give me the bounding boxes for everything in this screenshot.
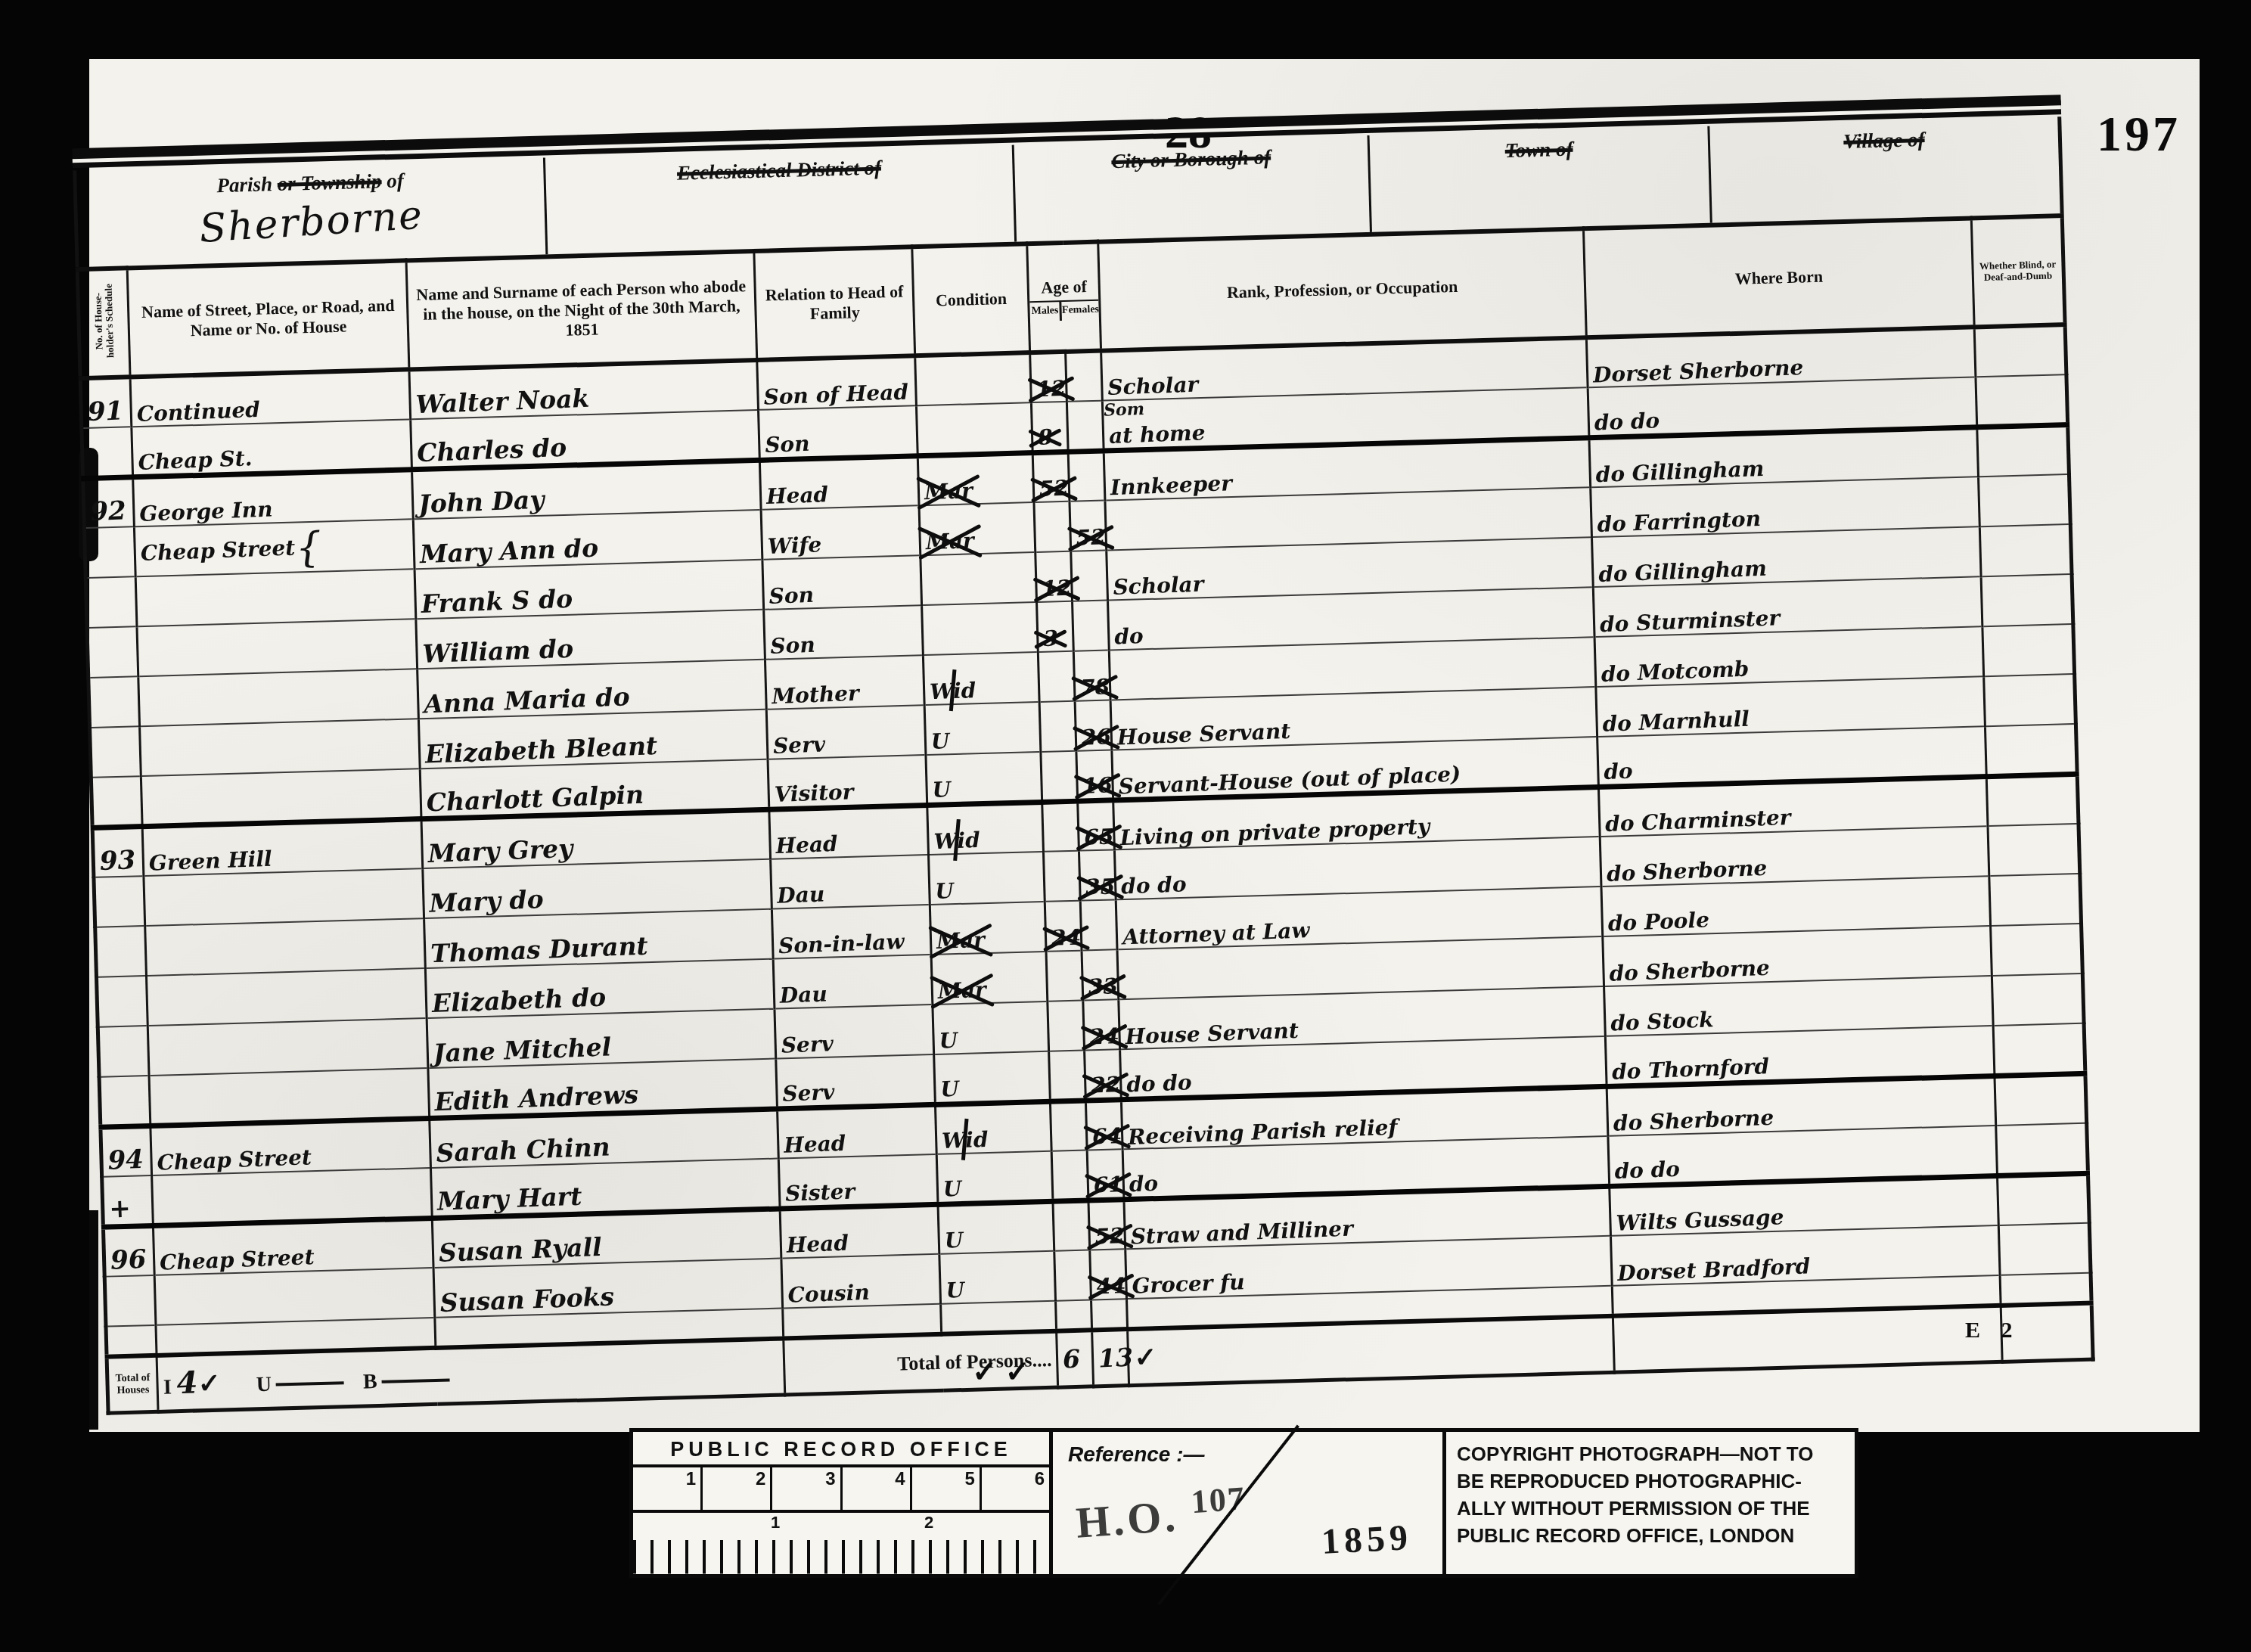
street-name — [144, 869, 424, 927]
blind-deaf-column — [1996, 1123, 2088, 1175]
age-males — [1039, 701, 1076, 752]
total-houses-label: Total of Houses — [107, 1355, 158, 1413]
relation-to-head: Cousin — [781, 1254, 941, 1309]
age-males — [1049, 1051, 1086, 1101]
street-name: Cheap Street{ — [135, 520, 415, 577]
relation-to-head: Wife — [761, 506, 921, 560]
age-males — [1048, 1001, 1085, 1051]
blind-deaf-column — [1984, 674, 2076, 726]
reference-class-stamp: H.O. 107 — [1074, 1479, 1248, 1548]
schedule-number — [99, 1076, 151, 1127]
person-name: Susan Fooks — [433, 1259, 782, 1318]
schedule-number: + — [102, 1175, 154, 1227]
schedule-number — [88, 677, 140, 728]
schedule-number — [87, 627, 138, 678]
person-name: Jane Mitchel — [427, 1009, 775, 1068]
relation-to-head: Son-in-law — [772, 905, 931, 959]
column-header-blind: Whether Blind, or Deaf-and-Dumb — [1971, 216, 2065, 328]
age-females: 24 — [1083, 1000, 1120, 1051]
age-males — [1039, 651, 1076, 702]
age-females: 16 — [1076, 750, 1113, 801]
relation-to-head: Visitor — [768, 755, 927, 809]
person-name: Anna Maria do — [418, 660, 766, 719]
street-name — [140, 719, 421, 777]
relation-to-head: Dau — [771, 855, 930, 909]
person-name: Sarah Chinn — [430, 1109, 778, 1168]
age-males — [1034, 501, 1071, 552]
person-name: William do — [416, 610, 765, 669]
condition — [922, 602, 1039, 655]
census-form: Parish or Township of Sherborne Ecclesia… — [72, 95, 2094, 1414]
schedule-number — [98, 1026, 149, 1077]
person-name: Elizabeth Bleant — [419, 710, 768, 769]
schedule-number — [104, 1275, 156, 1327]
street-name — [141, 769, 422, 827]
person-name: Thomas Durant — [424, 909, 773, 968]
plate-mark: E 2 — [1965, 1318, 2020, 1343]
column-header-schedule: No. of House-holder's Schedule — [77, 268, 130, 378]
street-name — [154, 1268, 435, 1325]
reference-item-stamp: 1859 — [1321, 1517, 1414, 1563]
street-name — [149, 1068, 430, 1126]
person-name: Mary Grey — [421, 809, 770, 868]
condition: Mar — [932, 952, 1048, 1005]
street-name — [137, 619, 418, 677]
condition: Mar — [930, 902, 1047, 955]
street-name: George Inn — [133, 470, 414, 527]
public-record-office-stamp: PUBLIC RECORD OFFICE 12 34 56 1 2 Refere… — [629, 1428, 1858, 1578]
blind-deaf-column — [1979, 474, 2071, 526]
blind-deaf-column — [1979, 524, 2072, 576]
person-name: Edith Andrews — [428, 1059, 777, 1118]
schedule-number: 93 — [92, 827, 144, 878]
blind-deaf-column — [1986, 774, 2079, 826]
inserted-note: Som — [1104, 399, 1145, 421]
blind-deaf-column — [1993, 1023, 2085, 1076]
age-females: 22 — [1085, 1050, 1122, 1101]
parish-cell: Parish or Township of Sherborne — [76, 157, 548, 267]
condition: Wid — [936, 1101, 1052, 1154]
person-name: Charlott Galpin — [420, 759, 768, 818]
column-header-age: Age of MalesFemales — [1027, 242, 1101, 353]
total-females: 13 — [1092, 1330, 1129, 1386]
age-females: 52 — [1088, 1200, 1125, 1250]
street-name — [147, 968, 427, 1026]
column-header-condition: Condition — [912, 244, 1030, 356]
street-name — [148, 1018, 429, 1076]
age-females: 61 — [1088, 1150, 1125, 1200]
condition: Mar — [918, 452, 1035, 505]
blind-deaf-column — [1992, 973, 2085, 1026]
person-name: John Day — [412, 460, 761, 519]
relation-to-head: Dau — [773, 955, 933, 1009]
age-females: 26 — [1075, 700, 1112, 751]
condition: U — [934, 1051, 1051, 1104]
schedule-number — [82, 427, 133, 479]
schedule-number — [90, 727, 141, 778]
column-header-females: Females — [1062, 301, 1100, 321]
street-name: Cheap Street — [154, 1218, 434, 1275]
person-name: Elizabeth do — [426, 959, 775, 1018]
age-males: 12 — [1030, 352, 1067, 402]
blind-deaf-column — [1976, 374, 2068, 427]
condition: U — [925, 702, 1042, 755]
age-males — [1051, 1101, 1088, 1151]
total-males: 6 — [1057, 1331, 1094, 1387]
person-name: Mary Ann do — [413, 510, 762, 569]
blind-deaf-column — [1974, 325, 2066, 377]
schedule-number — [95, 926, 147, 977]
blind-deaf-column — [1998, 1223, 2091, 1275]
column-header-born: Where Born — [1583, 218, 1974, 337]
stamp-reference: Reference :— H.O. 107 1859 — [1053, 1432, 1446, 1574]
blind-deaf-column — [1982, 624, 2075, 676]
age-males — [1041, 751, 1078, 802]
age-females: 64 — [1086, 1100, 1123, 1150]
condition — [921, 552, 1037, 605]
street-name: Cheap Street — [151, 1118, 431, 1175]
age-males — [1051, 1150, 1088, 1201]
age-females: 35 — [1079, 850, 1116, 901]
age-males: 12 — [1035, 551, 1073, 602]
scan-artifact — [89, 1210, 98, 1430]
schedule-number — [84, 527, 135, 579]
age-females: 33 — [1082, 950, 1119, 1001]
street-name — [135, 570, 416, 627]
relation-to-head: Son — [762, 556, 922, 610]
condition: Wid — [927, 802, 1044, 855]
blind-deaf-column — [1989, 874, 2082, 926]
schedule-number — [91, 777, 142, 828]
schedule-number: 92 — [83, 477, 135, 529]
condition — [917, 403, 1033, 456]
age-females: 52 — [1070, 501, 1107, 551]
relation-to-head: Serv — [766, 705, 926, 759]
town-cell: Town of — [1370, 126, 1712, 232]
person-name: Mary do — [423, 859, 772, 918]
schedule-number: 96 — [103, 1225, 154, 1277]
blank-line — [382, 1379, 450, 1383]
age-males: 3 — [1037, 601, 1074, 652]
age-females: 44 — [1090, 1250, 1127, 1300]
street-name — [145, 918, 426, 976]
city-cell: City or Borough of — [1014, 135, 1372, 242]
schedule-number — [85, 577, 137, 629]
relation-to-head: Head — [759, 456, 919, 511]
street-name — [152, 1168, 433, 1225]
person-name: Susan Ryall — [432, 1209, 781, 1268]
relation-to-head: Serv — [775, 1005, 934, 1059]
condition: Wid — [924, 652, 1040, 705]
age-males: 24 — [1045, 901, 1082, 952]
village-cell: Village of — [1709, 116, 2060, 222]
stamp-office-title: PUBLIC RECORD OFFICE — [633, 1432, 1049, 1467]
blind-deaf-column — [1998, 1173, 2090, 1225]
schedule-number — [94, 876, 145, 927]
column-header-name: Name and Surname of each Person who abod… — [406, 251, 757, 370]
relation-to-head: Son — [758, 406, 917, 461]
column-header-street: Name of Street, Place, or Road, and Name… — [127, 260, 409, 377]
total-houses-value: 4 — [176, 1365, 199, 1401]
schedule-number: 91 — [80, 377, 132, 429]
condition: Mar — [920, 502, 1036, 555]
condition — [915, 353, 1032, 406]
street-name — [138, 669, 419, 727]
column-header-occupation: Rank, Profession, or Occupation — [1098, 228, 1586, 351]
age-males — [1054, 1250, 1091, 1301]
condition: U — [939, 1201, 1055, 1254]
page-number: 197 — [2097, 106, 2181, 163]
age-males: 52 — [1033, 452, 1070, 502]
condition: U — [937, 1151, 1054, 1204]
household-brace: { — [294, 523, 322, 572]
ruler-inch-scale: 12 34 56 — [633, 1467, 1049, 1513]
schedule-number — [97, 976, 148, 1027]
relation-to-head: Mother — [765, 655, 924, 710]
street-name: Green Hill — [142, 819, 423, 877]
census-photograph: 28 197 Parish or Township of Sherborne E… — [0, 0, 2251, 1652]
relation-to-head: Serv — [776, 1054, 936, 1109]
blind-deaf-column — [1988, 824, 2080, 876]
age-males — [1046, 951, 1083, 1001]
relation-to-head: Head — [777, 1104, 936, 1159]
person-name: Frank S do — [414, 560, 763, 619]
stamp-ruler: PUBLIC RECORD OFFICE 12 34 56 1 2 — [633, 1432, 1053, 1574]
person-name: Walter Noak — [409, 360, 758, 419]
census-table: No. of House-holder's Schedule Name of S… — [76, 213, 2095, 1414]
column-header-males: Males — [1030, 302, 1063, 321]
relation-to-head: Head — [780, 1204, 939, 1259]
condition: U — [939, 1251, 1056, 1304]
blind-deaf-column — [1977, 424, 2069, 477]
reference-label: Reference :— — [1053, 1432, 1442, 1467]
district-cell: Ecclesiastical District of — [545, 145, 1017, 255]
condition: U — [929, 852, 1045, 905]
blind-deaf-column — [1995, 1073, 2087, 1126]
age-males — [1042, 801, 1079, 852]
age-males — [1044, 851, 1081, 902]
stamp-copyright: COPYRIGHT PHOTOGRAPH—NOT TO BE REPRODUCE… — [1446, 1432, 1855, 1574]
relation-to-head: Sister — [778, 1154, 938, 1209]
relation-to-head: Son — [764, 606, 924, 660]
person-name: Charles do — [411, 410, 759, 469]
age-females — [1067, 401, 1104, 452]
blind-deaf-column — [1981, 574, 2073, 626]
blank-line — [276, 1381, 344, 1386]
relation-to-head: Head — [769, 805, 929, 859]
age-males: 8 — [1032, 402, 1069, 452]
condition: U — [926, 752, 1042, 805]
ruler-cm-scale: 1 2 — [633, 1513, 1049, 1574]
column-header-relation: Relation to Head of Family — [754, 247, 915, 360]
age-females: 78 — [1074, 651, 1111, 701]
street-name: Continued — [130, 370, 411, 427]
relation-to-head: Son of Head — [757, 356, 917, 411]
age-females — [1073, 601, 1110, 651]
blind-deaf-column — [1986, 724, 2078, 776]
condition: U — [933, 1001, 1049, 1054]
person-name: Mary Hart — [431, 1159, 780, 1218]
age-males — [1053, 1200, 1090, 1251]
struck-text: or Township — [277, 169, 382, 195]
age-females: 65 — [1078, 800, 1115, 851]
verification-checks: ✓ ✓ — [972, 1354, 1030, 1390]
street-name: Cheap St. — [132, 420, 412, 477]
schedule-number: 94 — [101, 1126, 152, 1177]
blind-deaf-column — [1991, 924, 2083, 976]
